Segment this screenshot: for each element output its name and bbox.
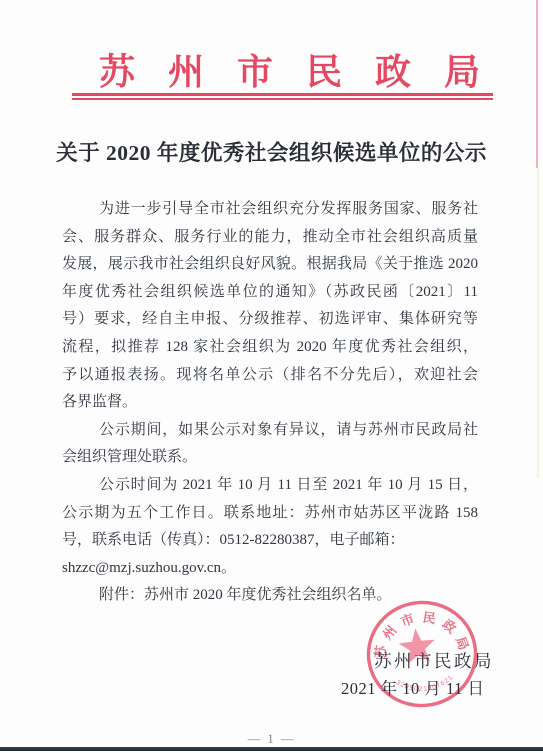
body-line: 为进一步引导全市社会组织充分发挥服务国家、服务社: [62, 196, 478, 224]
body-line: 会、服务群众、服务行业的能力，推动全市社会组织高质量: [62, 224, 478, 252]
seal-ring-char: 民: [422, 609, 437, 626]
seal-ring-char: 政: [440, 616, 460, 636]
seal-ring-char: 州: [380, 623, 400, 643]
body-line: 会组织管理处联系。: [62, 444, 478, 472]
body-line: 号，联系电话（传真）：0512-82280387，电子邮箱：: [62, 527, 478, 555]
body-line: 公示期为五个工作日。联系地址：苏州市姑苏区平泷路 158: [62, 500, 478, 528]
signature-agency-name: 苏州市民政局: [374, 648, 494, 673]
email-address: shzzc@mzj.suzhou.gov.cn。: [62, 555, 478, 583]
document-title: 关于 2020 年度优秀社会组织候选单位的公示: [0, 136, 543, 167]
body-line: 公示时间为 2021 年 10 月 11 日至 2021 年 10 月 15 日…: [62, 472, 478, 500]
seal-ring-char: 市: [399, 611, 417, 630]
scan-edge-artifact: [537, 168, 539, 478]
letterhead-double-rule: [72, 93, 493, 100]
body-line: 年度优秀社会组织候选单位的通知》（苏政民函〔2021〕11: [62, 279, 478, 307]
document-body: 为进一步引导全市社会组织充分发挥服务国家、服务社 会、服务群众、服务行业的能力，…: [62, 196, 478, 610]
bottom-border-bar: [0, 747, 543, 751]
body-line: 号）要求，经自主申报、分级推荐、初选评审、集体研究等: [62, 306, 478, 334]
body-line: 发展，展示我市社会组织良好风貌。根据我局《关于推选 2020: [62, 251, 478, 279]
letterhead-agency-name: 苏州市民政局: [99, 44, 513, 95]
signature-date: 2021 年 10 月 11 日: [341, 675, 485, 699]
body-line: 予以通报表扬。现将名单公示（排名不分先后），欢迎社会: [62, 362, 478, 390]
body-line: 各界监督。: [62, 389, 478, 417]
scan-edge-artifact: [536, 0, 538, 168]
body-line: 公示期间，如果公示对象有异议，请与苏州市民政局社: [62, 417, 478, 445]
body-line: 流程，拟推荐 128 家社会组织为 2020 年度优秀社会组织，: [62, 334, 478, 362]
document-page: 苏州市民政局 关于 2020 年度优秀社会组织候选单位的公示 为进一步引导全市社…: [0, 0, 543, 753]
page-number: — 1 —: [0, 732, 543, 747]
